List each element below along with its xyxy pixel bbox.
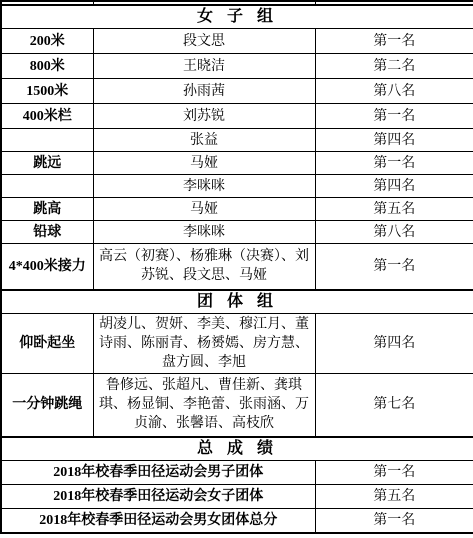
- event-cell: 400米栏: [1, 104, 93, 129]
- table-row: 李咪咪 第四名: [1, 175, 473, 198]
- rank-cell: 第七名: [315, 373, 473, 437]
- event-cell: [1, 129, 93, 152]
- team-members-cell: 鲁修远、张超凡、曹佳新、龚琪琪、杨显铜、李艳蕾、张雨涵、万贞渝、张馨语、高枝欣: [93, 373, 315, 437]
- event-cell: 一分钟跳绳: [1, 373, 93, 437]
- event-cell: 跳远: [1, 152, 93, 175]
- rank-cell: 第二名: [315, 54, 473, 79]
- table-row: 总 成 绩: [1, 437, 473, 461]
- table-row: 400米栏 刘苏锐 第一名: [1, 104, 473, 129]
- event-cell: 800米: [1, 54, 93, 79]
- rank-cell: 第一名: [315, 29, 473, 54]
- table-row: 张益 第四名: [1, 129, 473, 152]
- rank-cell: 第一名: [315, 104, 473, 129]
- table-row: 200米 段文思 第一名: [1, 29, 473, 54]
- athlete-name-cell: 刘苏锐: [93, 104, 315, 129]
- table-row: 1500米 孙雨茜 第八名: [1, 79, 473, 104]
- event-cell: 200米: [1, 29, 93, 54]
- rank-cell: 第五名: [315, 198, 473, 221]
- table-row: 2018年校春季田径运动会男女团体总分 第一名: [1, 509, 473, 533]
- athletics-results-table: 女 子 组 200米 段文思 第一名 800米 王晓洁 第二名 1500米 孙雨…: [0, 0, 473, 534]
- event-cell: 仰卧起坐: [1, 313, 93, 373]
- total-title-cell: 2018年校春季田径运动会男子团体: [1, 461, 315, 485]
- rank-cell: 第一名: [315, 461, 473, 485]
- athlete-name-cell: 张益: [93, 129, 315, 152]
- table-row: 跳远 马娅 第一名: [1, 152, 473, 175]
- athlete-name-cell: 段文思: [93, 29, 315, 54]
- table-row: 2018年校春季田径运动会女子团体 第五名: [1, 485, 473, 509]
- results-sheet: 女 子 组 200米 段文思 第一名 800米 王晓洁 第二名 1500米 孙雨…: [0, 0, 473, 538]
- event-cell: 4*400米接力: [1, 244, 93, 290]
- rank-cell: 第四名: [315, 175, 473, 198]
- event-cell: 1500米: [1, 79, 93, 104]
- athlete-name-cell: 马娅: [93, 152, 315, 175]
- rank-cell: 第四名: [315, 313, 473, 373]
- table-row: 800米 王晓洁 第二名: [1, 54, 473, 79]
- section-header-total: 总 成 绩: [1, 437, 473, 461]
- table-row: 跳高 马娅 第五名: [1, 198, 473, 221]
- athlete-name-cell: 孙雨茜: [93, 79, 315, 104]
- athlete-name-cell: 马娅: [93, 198, 315, 221]
- rank-cell: 第一名: [315, 244, 473, 290]
- total-title-cell: 2018年校春季田径运动会女子团体: [1, 485, 315, 509]
- table-row: 仰卧起坐 胡凌儿、贺妍、李美、穆江月、董诗雨、陈丽青、杨赟嫣、房方慧、盘方圆、李…: [1, 313, 473, 373]
- rank-cell: 第一名: [315, 509, 473, 533]
- team-members-cell: 高云（初赛）、杨雅琳（决赛）、刘苏锐、段文思、马娅: [93, 244, 315, 290]
- rank-cell: 第五名: [315, 485, 473, 509]
- section-header-team: 团 体 组: [1, 290, 473, 314]
- table-row: 团 体 组: [1, 290, 473, 314]
- event-cell: 铅球: [1, 221, 93, 244]
- athlete-name-cell: 李咪咪: [93, 221, 315, 244]
- table-row: 4*400米接力 高云（初赛）、杨雅琳（决赛）、刘苏锐、段文思、马娅 第一名: [1, 244, 473, 290]
- rank-cell: 第八名: [315, 221, 473, 244]
- athlete-name-cell: 王晓洁: [93, 54, 315, 79]
- table-row: 2018年校春季田径运动会男子团体 第一名: [1, 461, 473, 485]
- rank-cell: 第八名: [315, 79, 473, 104]
- total-title-cell: 2018年校春季田径运动会男女团体总分: [1, 509, 315, 533]
- event-cell: 跳高: [1, 198, 93, 221]
- team-members-cell: 胡凌儿、贺妍、李美、穆江月、董诗雨、陈丽青、杨赟嫣、房方慧、盘方圆、李旭: [93, 313, 315, 373]
- rank-cell: 第四名: [315, 129, 473, 152]
- athlete-name-cell: 李咪咪: [93, 175, 315, 198]
- event-cell: [1, 175, 93, 198]
- table-row: 一分钟跳绳 鲁修远、张超凡、曹佳新、龚琪琪、杨显铜、李艳蕾、张雨涵、万贞渝、张馨…: [1, 373, 473, 437]
- section-header-women: 女 子 组: [1, 5, 473, 29]
- rank-cell: 第一名: [315, 152, 473, 175]
- table-row: 铅球 李咪咪 第八名: [1, 221, 473, 244]
- table-row: 女 子 组: [1, 5, 473, 29]
